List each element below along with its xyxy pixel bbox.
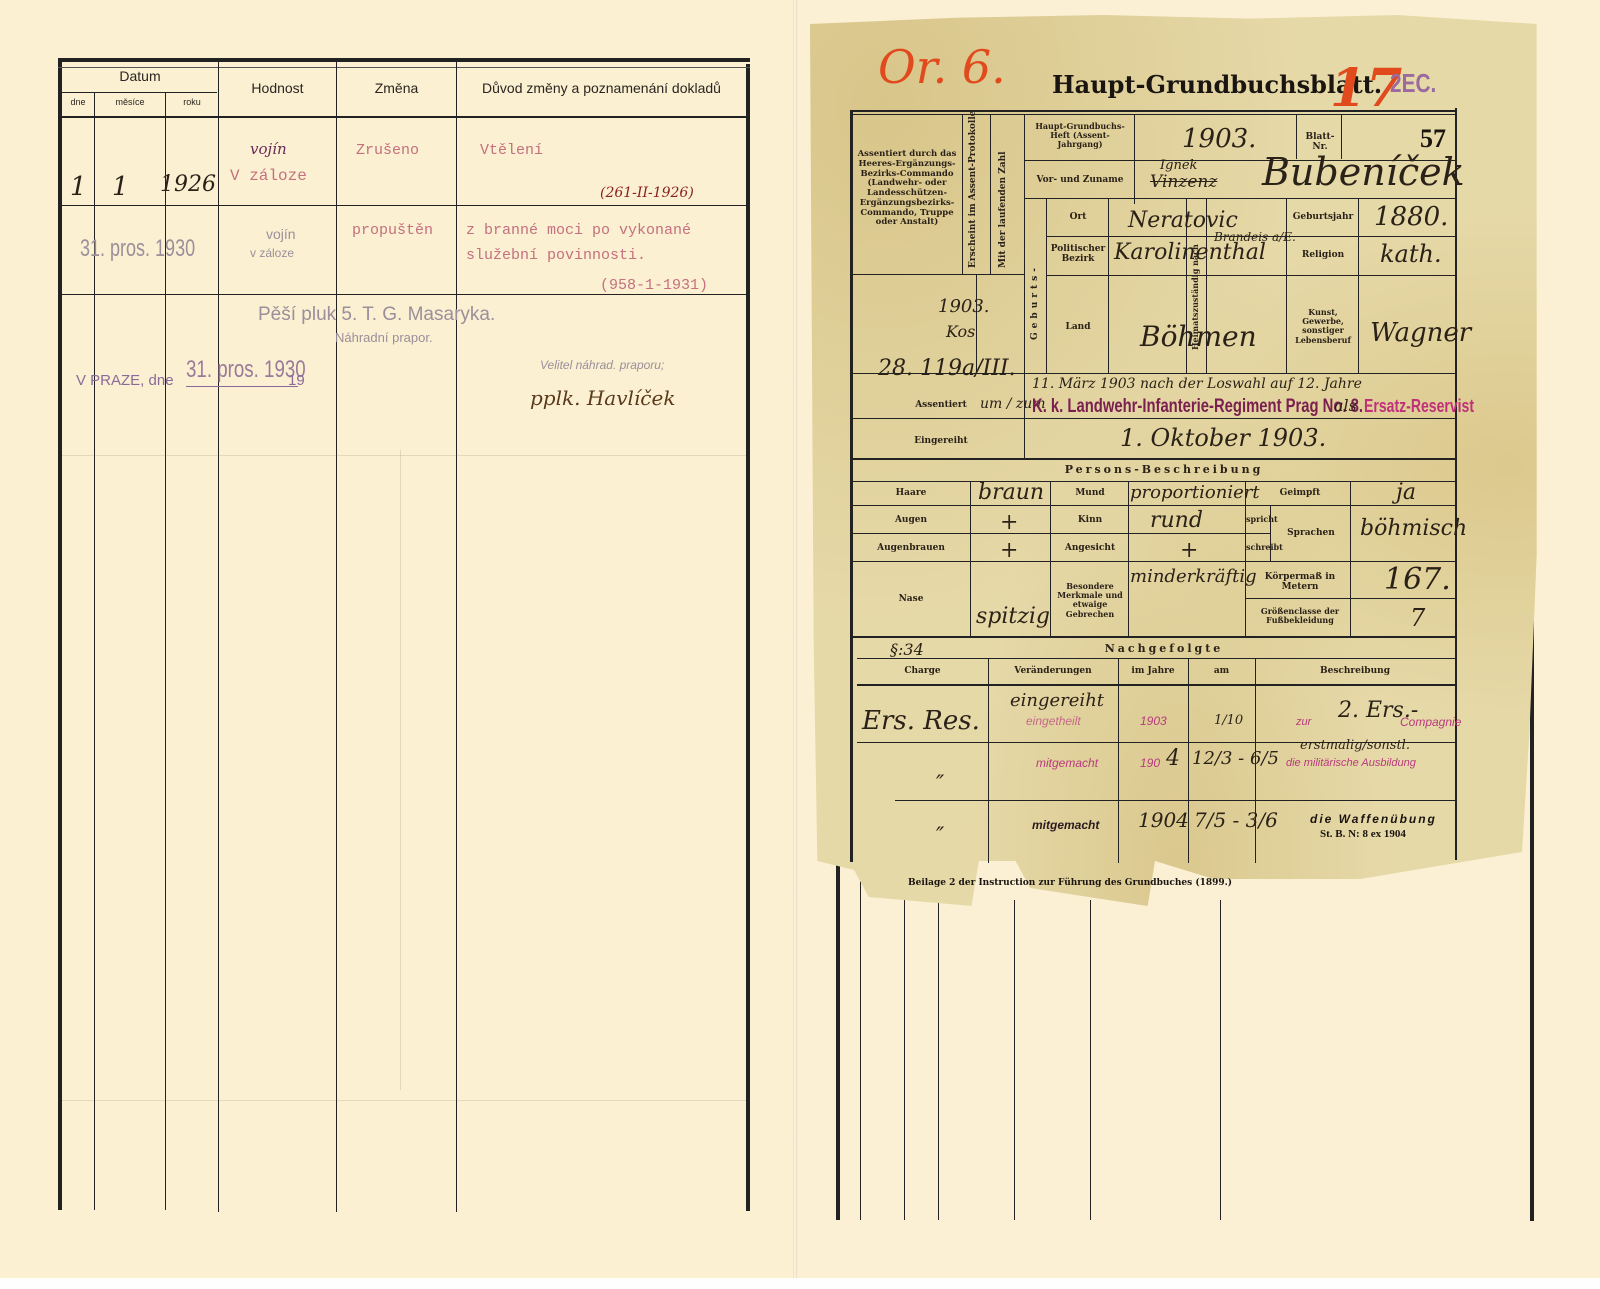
beruf-value: Wagner — [1370, 318, 1471, 348]
regiment-stamp: K. k. Landwehr-Infanterie-Regiment Prag … — [1032, 396, 1363, 418]
n-row2-charge: ″ — [936, 772, 944, 797]
col-beschreibung: Beschreibung — [1255, 666, 1455, 676]
beruf-label: Kunst, Gewerbe, sonstiger Lebensberuf — [1288, 308, 1358, 345]
als: als — [1334, 396, 1357, 415]
zahl-label: Mit der laufenden Zahl — [998, 140, 1008, 268]
geimpft-label: Geimpft — [1250, 488, 1350, 498]
paragraph-note: §:34 — [890, 640, 924, 659]
row2-date-stamp: 31. pros. 1930 — [80, 235, 195, 263]
spricht-label: spricht — [1246, 515, 1270, 524]
surname: Bubeníček — [1262, 150, 1465, 194]
n-row3-beschreibung-line1: die Waffenübung — [1310, 812, 1437, 826]
book-spine — [793, 0, 797, 1289]
land-label: Land — [1048, 322, 1108, 332]
header-hodnost: Hodnost — [219, 80, 336, 96]
n-row1-jahr: 1903 — [1140, 714, 1167, 728]
nase-value: spitzig — [976, 604, 1050, 629]
n-row3-am: 7/5 - 3/6 — [1194, 808, 1278, 832]
col-jahr: im Jahre — [1118, 666, 1188, 676]
header-dne: dne — [62, 97, 94, 107]
protokoll-label: Erscheint im Assent-Protokolle — [968, 128, 978, 268]
row1-zmena: Zrušeno — [356, 142, 419, 159]
n-row2-beschreibung-hand: erstmalig/sonstl. — [1300, 738, 1410, 753]
row1-duvod: Vtělení — [480, 142, 543, 159]
row2-hodnost-stamp-1: vojín — [266, 226, 296, 242]
merkmale-value: minderkräftig — [1130, 566, 1240, 588]
col-charge: Charge — [857, 666, 988, 676]
eingereiht-value: 1. Oktober 1903. — [1120, 424, 1326, 452]
commander-signature: pplk. Havlíček — [530, 386, 675, 410]
nachgefolgte-title: Nachgefolgte — [1024, 643, 1304, 656]
geburtsjahr-label: Geburtsjahr — [1288, 212, 1358, 222]
n-row2-jahr-print: 190 — [1140, 756, 1160, 770]
row1-hodnost-stamp: V záloze — [230, 167, 307, 185]
assent-year: 1903. — [938, 296, 990, 317]
assentiert-label: Assentiert durch das Heeres-Ergänzungs-B… — [856, 150, 958, 228]
row2-duvod-line2: služební povinnosti. — [466, 247, 646, 264]
ort-label: Ort — [1048, 212, 1108, 222]
n-row1-beschreibung-suffix: Compagnie — [1400, 715, 1461, 729]
place-prefix: V PRAZE, dne — [76, 372, 174, 389]
bezirk-label: Politischer Bezirk — [1048, 244, 1108, 265]
augen-label: Augen — [852, 515, 970, 525]
footnote: Beilage 2 der Instruction zur Führung de… — [908, 878, 1232, 888]
mund-value: proportioniert — [1130, 482, 1260, 503]
row1-hodnost-handwritten: vojín — [250, 140, 287, 158]
schreibt-label: schreibt — [1246, 543, 1270, 552]
koerpermass-value: 167. — [1384, 562, 1451, 597]
stamp-top-right: 2EC. — [1390, 68, 1436, 99]
unit-stamp: Pěší pluk 5. T. G. Masaryka. — [258, 304, 495, 326]
col-veraenderungen: Veränderungen — [988, 666, 1118, 676]
n-row1-charge: Ers. Res. — [862, 706, 980, 736]
persons-title: Persons-Beschreibung — [1024, 464, 1304, 477]
place-suffix: 19 — [288, 372, 305, 389]
header-mesice: měsíce — [95, 97, 165, 107]
row2-zmena: propuštěn — [352, 222, 433, 239]
bezirk-annotation: Brandeis a/E. — [1214, 230, 1296, 244]
header-zmena: Změna — [337, 80, 456, 96]
haare-label: Haare — [852, 488, 970, 498]
header-duvod: Důvod změny a poznamenání dokladů — [457, 80, 746, 96]
koerpermass-label: Körpermaß in Metern — [1250, 572, 1350, 593]
first-name-correction: Ignek — [1160, 158, 1197, 173]
n-row2-beschreibung-print: die militärische Ausbildung — [1286, 757, 1416, 769]
book-bottom-edge — [0, 1278, 1600, 1289]
sprachen-label: Sprachen — [1272, 528, 1350, 538]
red-annotation-left: Or. 6. — [878, 40, 1006, 94]
assentiert-date-note: 11. März 1903 nach der Loswahl auf 12. J… — [1032, 376, 1362, 392]
n-row1-am: 1/10 — [1214, 713, 1243, 728]
haare-value: braun — [978, 480, 1044, 505]
heft-label: Haupt-Grundbuchs-Heft (Assent-Jahrgang) — [1028, 122, 1132, 150]
kinn-label: Kinn — [1052, 515, 1128, 525]
n-row3-jahr: 1904 — [1138, 808, 1189, 832]
assentiert-row-label: Assentiert — [906, 400, 976, 410]
ersatz-stamp: Ersatz-Reservist — [1364, 396, 1474, 417]
row1-reference: (261-II-1926) — [600, 185, 694, 201]
kinn-value: rund — [1150, 508, 1203, 533]
angesicht-label: Angesicht — [1052, 543, 1128, 553]
row2-hodnost-stamp-2: v záloze — [250, 246, 294, 260]
subunit-stamp: Náhradní prapor. — [335, 330, 433, 345]
header-datum: Datum — [62, 68, 218, 84]
geburtsjahr-value: 1880. — [1374, 202, 1448, 232]
n-row2-am: 12/3 - 6/5 — [1192, 748, 1279, 769]
mund-label: Mund — [1052, 488, 1128, 498]
row1-roku: 1926 — [160, 172, 216, 197]
row2-duvod-line1: z branné moci po vykonané — [466, 222, 691, 239]
assent-number: 28. 119a/III. — [878, 356, 1016, 381]
n-row2-jahr-hand: 4 — [1166, 746, 1180, 771]
commander-title: Velitel náhrad. praporu; — [540, 358, 664, 372]
first-name-crossed: Vinzenz — [1150, 172, 1217, 192]
religion-label: Religion — [1288, 250, 1358, 260]
nase-label: Nase — [852, 594, 970, 604]
n-row3-charge: ″ — [936, 824, 944, 849]
geimpft-value: ja — [1396, 480, 1416, 505]
augenbrauen-label: Augenbrauen — [852, 543, 970, 553]
n-row3-beschreibung-line2: St. B. N: 8 ex 1904 — [1320, 828, 1406, 840]
angesicht-value: + — [1180, 538, 1198, 563]
fussbekleidung-label: Größenclasse der Fußbekleidung — [1250, 607, 1350, 625]
assent-place: Kos — [946, 322, 975, 341]
n-row1-veraenderung-print: eingetheilt — [1026, 714, 1081, 728]
n-row1-beschreibung-prefix: zur — [1296, 716, 1311, 728]
header-roku: roku — [166, 97, 218, 107]
land-value: Böhmen — [1140, 320, 1257, 353]
n-row1-veraenderung-hand: eingereiht — [1010, 690, 1104, 711]
heft-value: 1903. — [1182, 124, 1256, 154]
row2-reference: (958-1-1931) — [600, 277, 708, 294]
n-row3-veraenderung: mitgemacht — [1032, 818, 1099, 832]
name-label: Vor- und Zuname — [1028, 175, 1132, 185]
n-row2-veraenderung: mitgemacht — [1036, 756, 1098, 770]
geburts-label: Geburts- — [1030, 260, 1040, 340]
augenbrauen-value: + — [1000, 538, 1018, 563]
row1-mesice: 1 — [112, 172, 129, 202]
col-am: am — [1188, 666, 1255, 676]
sprachen-value: böhmisch — [1360, 516, 1467, 541]
religion-value: kath. — [1380, 240, 1442, 268]
fussbekleidung-value: 7 — [1410, 604, 1425, 632]
augen-value: + — [1000, 510, 1018, 535]
eingereiht-label: Eingereiht — [906, 436, 976, 446]
merkmale-label: Besondere Merkmale und etwaige Gebrechen — [1052, 582, 1128, 619]
row1-dne: 1 — [70, 172, 87, 202]
